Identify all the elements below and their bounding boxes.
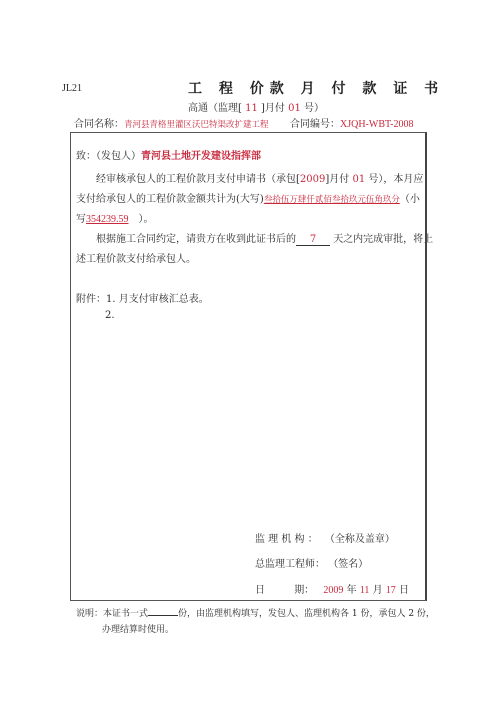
footer-note-text-b: 份，由监理机构填写，发包人、监理机构各 1 份，承包人 2 份， <box>178 609 435 619</box>
supervisor-org-row: 监 理 机 构 ： （全称及盖章） <box>255 530 395 545</box>
recipient-value: 青河县土地开发建设指挥部 <box>141 151 261 162</box>
paragraph-2-line-1: 根据施工合同约定，请贵方在收到此证书后的7 天之内完成审批，将上 <box>96 230 433 246</box>
attachment-1-text: 1. 月支付审核汇总表。 <box>106 294 209 305</box>
date-year: 2009 <box>323 585 343 596</box>
date-month-unit: 月 <box>373 585 383 596</box>
p1-text-b: ]月付 <box>325 174 349 185</box>
footer-note-label: 说明： <box>76 609 103 619</box>
document-number: 高通（监理[ 11 ]月付 01 号） <box>188 99 324 114</box>
date-row: 日 期： 2009 年 11 月 17 日 <box>255 581 409 596</box>
date-day-unit: 日 <box>399 585 409 596</box>
contract-name-row: 合同名称：青河县青格里灌区沃巴特渠改扩建工程 <box>74 115 269 130</box>
subtitle-prefix: 高通（监理[ <box>188 103 242 114</box>
date-label-b: 期： <box>294 585 314 596</box>
date-label-a: 日 <box>255 585 265 596</box>
document-title: 工 程 价款 月 付 款 证 书 <box>188 78 444 98</box>
amount-in-figures: 354239.59 <box>86 214 139 225</box>
contract-no-label: 合同编号： <box>290 119 340 130</box>
chief-engineer-signature: （签名） <box>328 559 368 570</box>
paragraph-1-line-2: 支付给承包人的工程价款金额共计为(大写)叁拾伍万肆仟贰佰叁拾玖元伍角玖分（小 <box>76 190 420 205</box>
attachment-2: 2. <box>105 310 115 321</box>
footer-note-text-a: 本证书一式 <box>103 609 148 619</box>
subtitle-month: 11 <box>245 103 258 114</box>
recipient-line: 致：（发包人）青河县土地开发建设指挥部 <box>76 147 261 162</box>
paragraph-1-line-3: 写354239.59）。 <box>76 210 154 225</box>
chief-engineer-label: 总监理工程师： <box>255 559 325 570</box>
contract-no: XJQH-WBT-2008 <box>340 119 414 130</box>
p1-line2-suffix: （小 <box>400 194 420 205</box>
supervisor-org-value: （全称及盖章） <box>325 534 395 545</box>
p1-year: 2009 <box>300 174 325 185</box>
date-month: 11 <box>360 585 370 596</box>
recipient-label: 致：（发包人） <box>76 151 141 162</box>
contract-name-label: 合同名称： <box>74 119 124 130</box>
p1-text-c: 号），本月应 <box>368 174 423 185</box>
p1-line3-text: 写 <box>76 214 86 225</box>
supervisor-org-label: 监 理 机 构 ： <box>255 534 318 545</box>
p2-text-b: 天之内完成审批，将上 <box>333 234 433 245</box>
approval-days: 7 <box>296 234 330 246</box>
contract-no-row: 合同编号：XJQH-WBT-2008 <box>290 115 414 130</box>
subtitle-mid: ]月付 <box>261 103 285 114</box>
subtitle-num: 01 <box>288 103 301 114</box>
chief-engineer-row: 总监理工程师： （签名） <box>255 555 368 570</box>
form-code: JL21 <box>62 83 82 94</box>
footer-note-line-2: 办理结算时使用。 <box>102 622 174 635</box>
attachment-label: 附件： <box>76 294 106 305</box>
paragraph-1-line-1: 经审核承包人的工程价款月支付申请书（承包[2009]月付 01 号），本月应 <box>96 170 423 185</box>
attachment-1: 附件：1. 月支付审核汇总表。 <box>76 290 209 305</box>
p2-text-a: 根据施工合同约定，请贵方在收到此证书后的 <box>96 234 296 245</box>
subtitle-suffix: 号） <box>304 103 324 114</box>
contract-name: 青河县青格里灌区沃巴特渠改扩建工程 <box>124 120 269 130</box>
p1-line2-text: 支付给承包人的工程价款金额共计为(大写) <box>76 194 264 205</box>
p1-text-a: 经审核承包人的工程价款月支付申请书（承包[ <box>96 174 300 185</box>
copies-blank <box>148 615 178 616</box>
paragraph-2-line-2: 述工程价款支付给承包人。 <box>76 250 196 265</box>
date-day: 17 <box>386 585 396 596</box>
amount-in-words: 叁拾伍万肆仟贰佰叁拾玖元伍角玖分 <box>264 195 400 205</box>
footer-note-line-1: 说明：本证书一式份，由监理机构填写，发包人、监理机构各 1 份，承包人 2 份， <box>76 606 435 619</box>
p1-line3-suffix: ）。 <box>139 214 154 225</box>
p1-num: 01 <box>352 174 365 185</box>
date-year-unit: 年 <box>347 585 357 596</box>
